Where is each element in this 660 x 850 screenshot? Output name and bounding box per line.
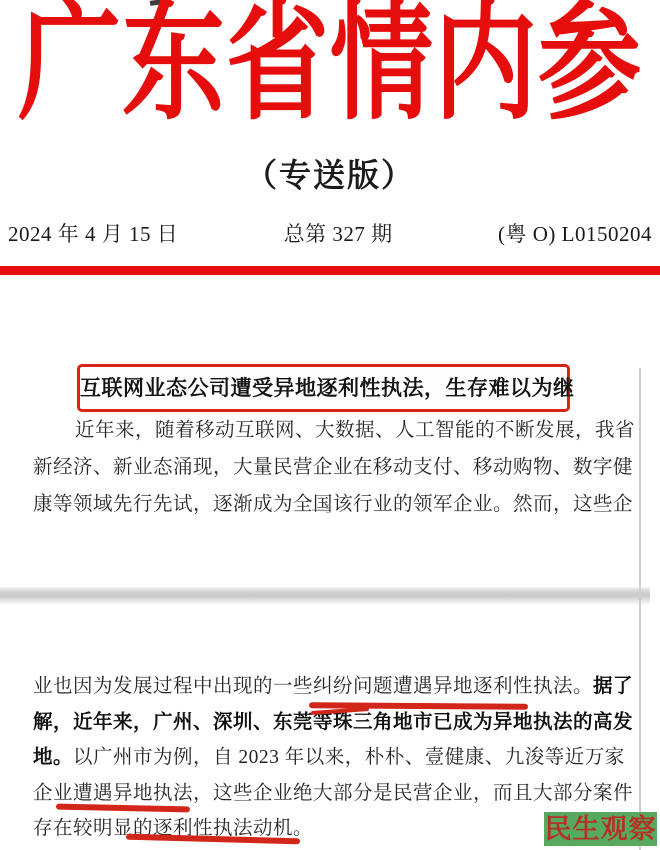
- page-break-shadow: [0, 587, 650, 605]
- watermark-badge: 民生观察: [544, 812, 657, 846]
- paragraph-line: 新经济、新业态涌现，大量民营企业在移动支付、移动购物、数字健: [33, 449, 629, 486]
- paragraph-text: 以广州市为例，自 2023 年以来，朴朴、壹健康、九浚等近万家: [73, 747, 625, 768]
- paragraph-line: 业也因为发展过程中出现的一些纠纷问题遭遇异地逐利性执法。据了: [33, 669, 631, 705]
- paragraph-text: 业也因为发展过程中出现的一些纠纷问题遭遇异地逐利性执法。: [33, 676, 593, 697]
- masthead-title: 广东省情内参: [0, 0, 660, 139]
- red-divider-rule: [0, 266, 660, 275]
- scanned-bulletin-page: 广东省情内参 （专送版） 2024 年 4 月 15 日 总第 327 期 (粤…: [0, 0, 660, 850]
- page-number: - 5 -: [0, 501, 660, 517]
- article-headline: 互联网业态公司遭受异地逐利性执法，生存难以为继: [80, 377, 575, 400]
- paragraph-bold-text: 据了: [593, 675, 633, 697]
- article-headline-box: 互联网业态公司遭受异地逐利性执法，生存难以为继: [77, 364, 570, 412]
- paragraph-line: 地。以广州市为例，自 2023 年以来，朴朴、壹健康、九浚等近万家: [33, 740, 631, 776]
- page2-paragraph: 业也因为发展过程中出现的一些纠纷问题遭遇异地逐利性执法。据了 解，近年来，广州、…: [33, 669, 631, 847]
- license-number: (粤 O) L0150204: [498, 218, 652, 248]
- watermark-text: 民生观察: [545, 816, 657, 843]
- dateline-row: 2024 年 4 月 15 日 总第 327 期 (粤 O) L0150204: [0, 218, 660, 248]
- page-edge-shadow: [639, 368, 641, 850]
- paragraph-text: 企业遭遇异地执法，这些企业绝大部分是民营企业，而且大部分案件: [33, 783, 633, 804]
- paragraph-bold-text: 地。: [33, 746, 73, 768]
- edition-label: （专送版）: [0, 150, 660, 196]
- issue-date: 2024 年 4 月 15 日: [8, 218, 178, 248]
- issue-number: 总第 327 期: [284, 218, 393, 248]
- paragraph-bold-text: 解，近年来，广州、深圳、东莞等珠三角地市已成为异地执法的高发: [33, 711, 633, 733]
- paragraph-line: 存在较明显的逐利性执法动机。: [33, 811, 631, 847]
- paragraph-line: 近年来，随着移动互联网、大数据、人工智能的不断发展，我省: [33, 412, 629, 449]
